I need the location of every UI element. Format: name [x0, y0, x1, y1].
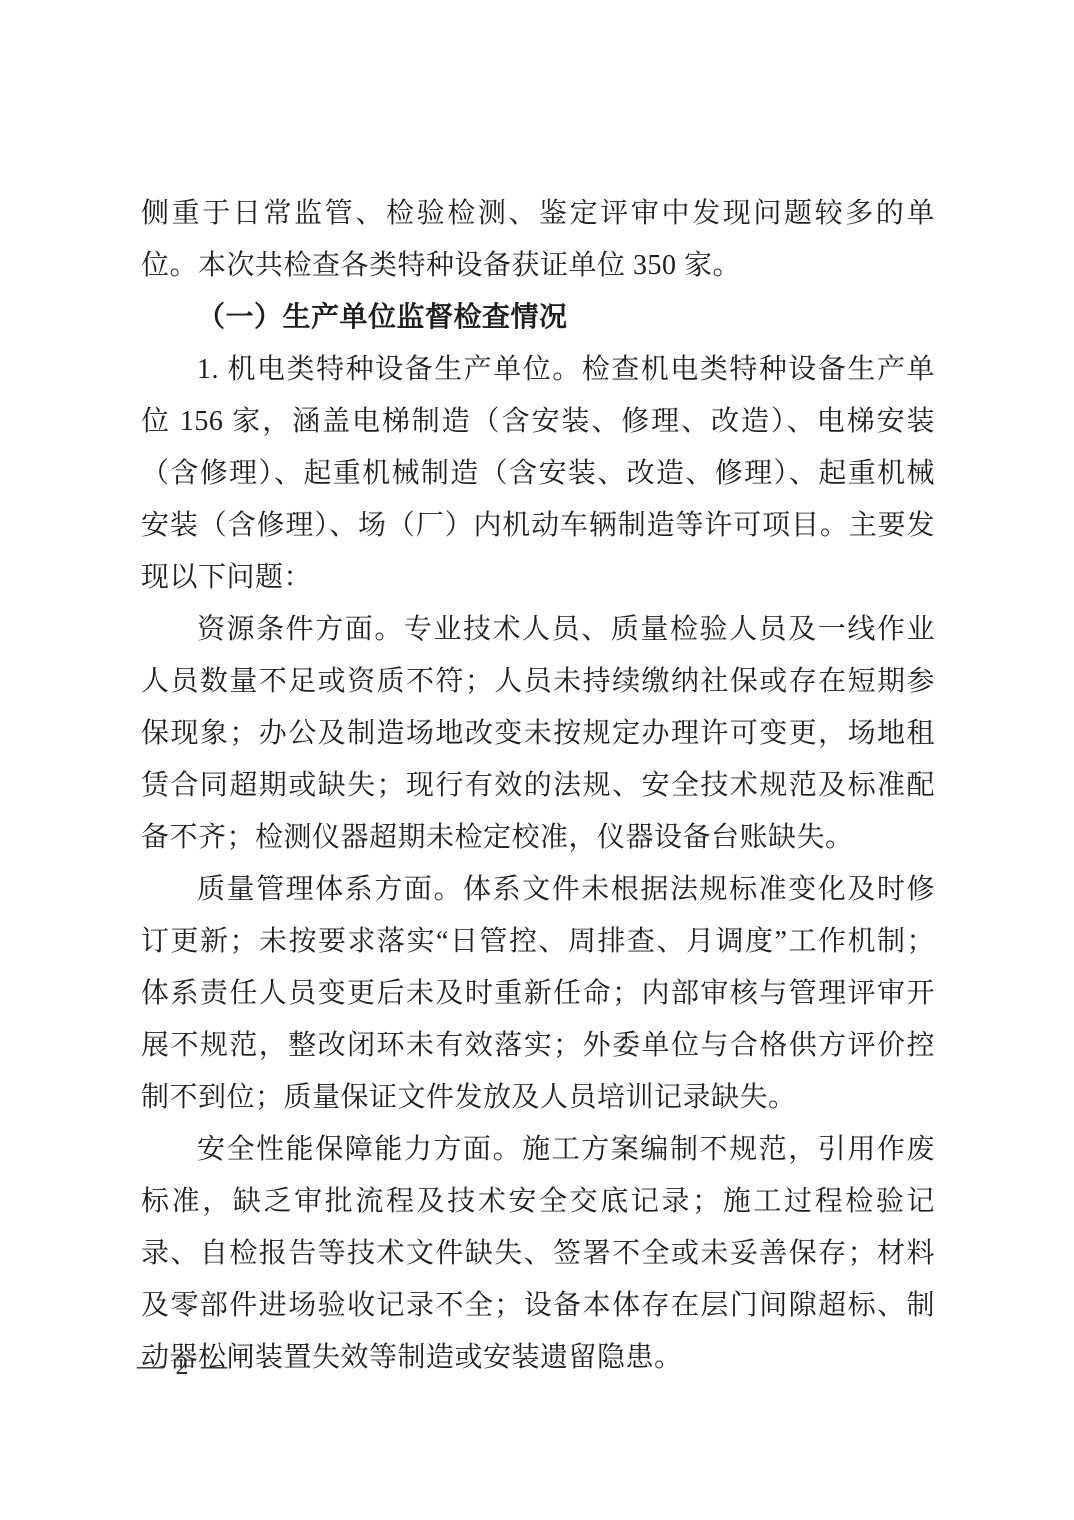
paragraph-resource-conditions: 资源条件方面。专业技术人员、质量检验人员及一线作业人员数量不足或资质不符；人员未… [141, 604, 935, 864]
page-number: — 2 — [137, 1350, 230, 1382]
document-body: 侧重于日常监管、检验检测、鉴定评审中发现问题较多的单位。本次共检查各类特种设备获… [141, 188, 935, 1384]
paragraph-quality-management: 质量管理体系方面。体系文件未根据法规标准变化及时修订更新；未按要求落实“日管控、… [141, 864, 935, 1124]
paragraph-safety-performance: 安全性能保障能力方面。施工方案编制不规范，引用作废标准，缺乏审批流程及技术安全交… [141, 1124, 935, 1384]
document-page: 侧重于日常监管、检验检测、鉴定评审中发现问题较多的单位。本次共检查各类特种设备获… [0, 0, 1074, 1520]
section-heading: （一）生产单位监督检查情况 [141, 292, 935, 344]
paragraph-production-units: 1. 机电类特种设备生产单位。检查机电类特种设备生产单位 156 家，涵盖电梯制… [141, 344, 935, 604]
paragraph-continued: 侧重于日常监管、检验检测、鉴定评审中发现问题较多的单位。本次共检查各类特种设备获… [141, 188, 935, 292]
